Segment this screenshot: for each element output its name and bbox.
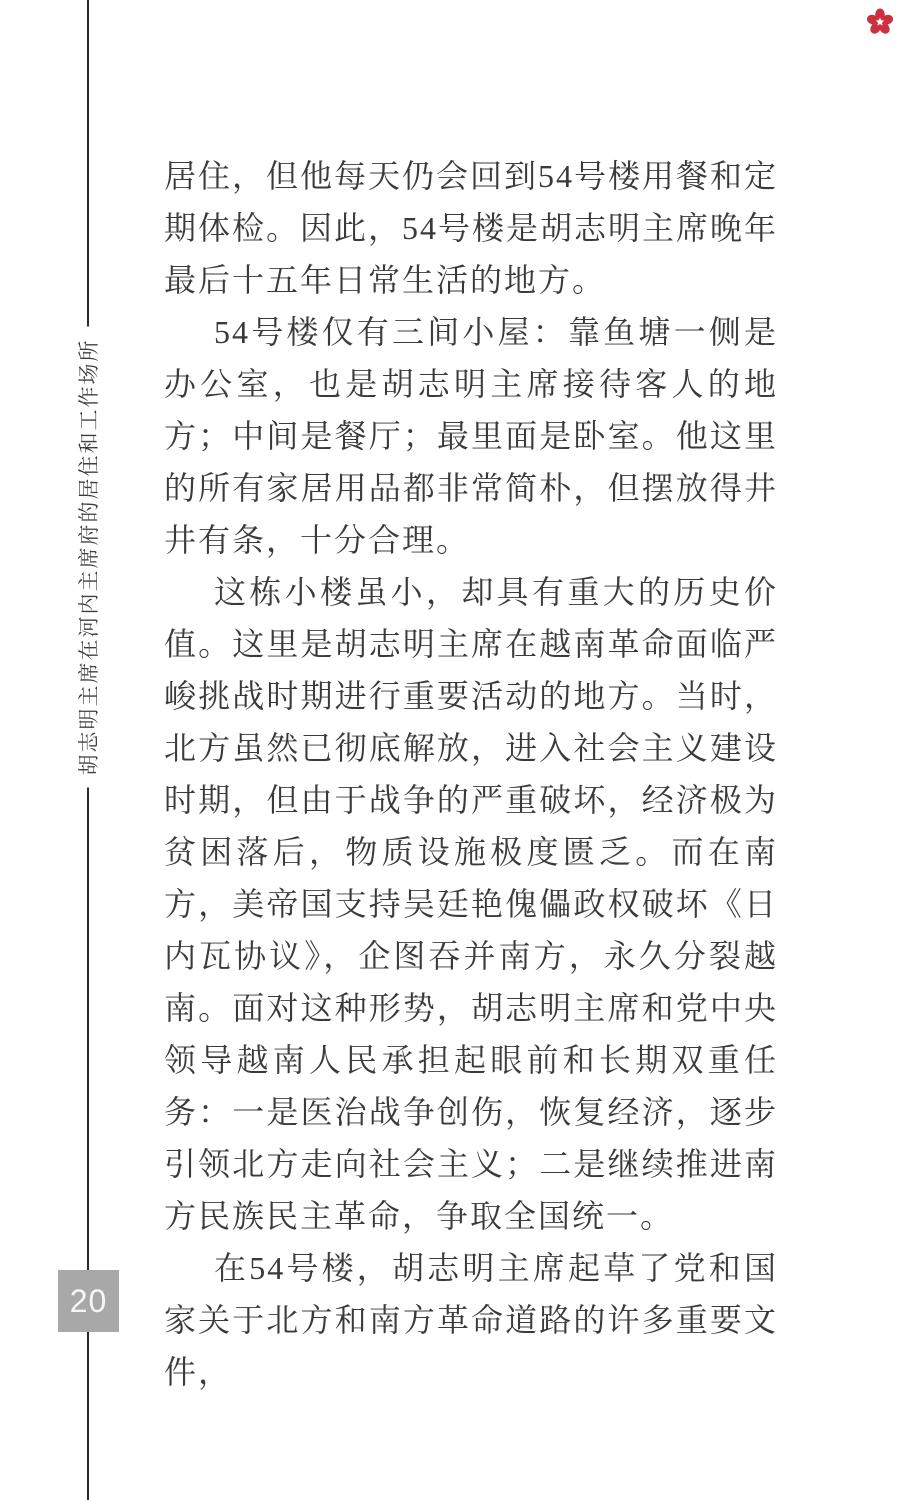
- book-page: 胡志明主席在河内主席府的居住和工作场所 20 居住，但他每天仍会回到54号楼用餐…: [0, 0, 911, 1500]
- chapter-title-vertical: 胡志明主席在河内主席府的居住和工作场所: [70, 327, 106, 788]
- page-number-label: 20: [70, 1283, 108, 1320]
- paragraph: 居住，但他每天仍会回到54号楼用餐和定期体检。因此，54号楼是胡志明主席晚年最后…: [164, 150, 778, 306]
- flower-icon: [866, 8, 894, 36]
- page-number-badge: 20: [58, 1270, 119, 1332]
- paragraph: 这栋小楼虽小，却具有重大的历史价值。这里是胡志明主席在越南革命面临严峻挑战时期进…: [164, 566, 778, 1242]
- paragraph: 在54号楼，胡志明主席起草了党和国家关于北方和南方革命道路的许多重要文件，: [164, 1242, 778, 1398]
- body-text: 居住，但他每天仍会回到54号楼用餐和定期体检。因此，54号楼是胡志明主席晚年最后…: [164, 150, 778, 1398]
- paragraph: 54号楼仅有三间小屋：靠鱼塘一侧是办公室，也是胡志明主席接待客人的地方；中间是餐…: [164, 306, 778, 566]
